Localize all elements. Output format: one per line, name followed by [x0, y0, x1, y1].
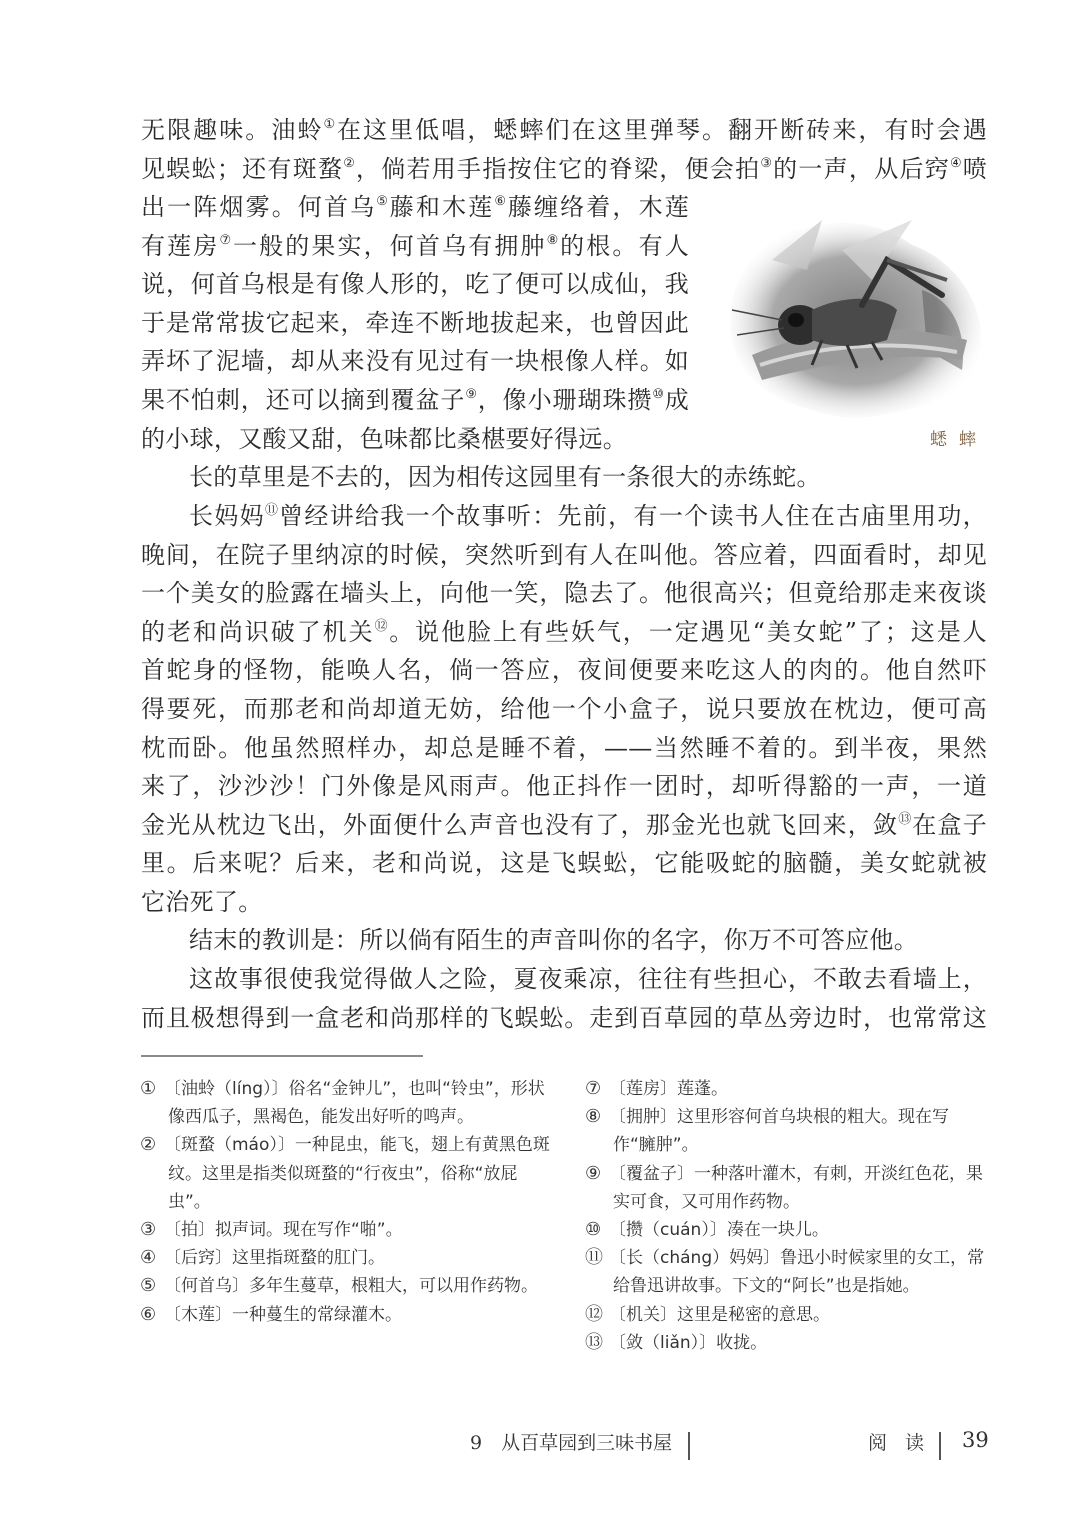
footer-section: 阅 读	[868, 1428, 930, 1455]
figure-caption: 蟋蟀	[930, 425, 988, 450]
footnote-divider	[141, 1055, 423, 1057]
paragraph-line: 结末的教训是：所以倘有陌生的声音叫你的名字，你万不可答应他。	[141, 921, 987, 960]
footnote-number: ⑧	[585, 1103, 609, 1131]
paragraph-line: 来了，沙沙沙！门外像是风雨声。他正抖作一团时，却听得豁的一声，一道	[141, 767, 987, 806]
paragraph-line: 出一阵烟雾。何首乌⑤藤和木莲⑥藤缠络着，木莲	[141, 188, 689, 227]
footnote-marker[interactable]: ⑬	[898, 812, 912, 827]
footnote-item: ②〔斑蝥（máo）〕一种昆虫，能飞，翅上有黄黑色斑纹。这里是指类似斑蝥的“行夜虫…	[140, 1131, 550, 1216]
footnote-number: ④	[140, 1244, 164, 1272]
footnote-marker[interactable]: ⑤	[376, 194, 390, 209]
footnote-text: 〔敛（liǎn）〕收拢。	[609, 1333, 767, 1353]
footnote-marker[interactable]: ⑫	[375, 619, 390, 634]
footnote-text: 〔斑蝥（máo）〕一种昆虫，能飞，翅上有黄黑色斑纹。这里是指类似斑蝥的“行夜虫”…	[164, 1135, 550, 1211]
footnote-marker[interactable]: ⑨	[465, 387, 477, 402]
paragraph-3: 长妈妈⑪曾经讲给我一个故事听：先前，有一个读书人住在古庙里用功，晚间，在院子里纳…	[141, 497, 987, 922]
footnote-marker[interactable]: ③	[760, 156, 773, 171]
footnote-marker[interactable]: ⑥	[494, 194, 508, 209]
footnote-number: ⑨	[585, 1160, 609, 1188]
paragraph-line: 而且极想得到一盒老和尚那样的飞蜈蚣。走到百草园的草丛旁边时，也常常这	[141, 999, 987, 1038]
footnote-item: ⑦〔莲房〕莲蓬。	[585, 1075, 990, 1103]
textbook-page: 无限趣味。油蛉①在这里低唱，蟋蟀们在这里弹琴。翻开断砖来，有时会遇见蜈蚣；还有斑…	[0, 0, 1080, 1526]
footnote-marker[interactable]: ⑩	[652, 387, 664, 402]
paragraph-line: 见蜈蚣；还有斑蝥②，倘若用手指按住它的脊梁，便会拍③的一声，从后窍④喷	[141, 150, 987, 189]
footnote-text: 〔拍〕拟声词。现在写作“啪”。	[164, 1220, 403, 1240]
footnote-marker[interactable]: ⑦	[219, 233, 233, 248]
footnote-text: 〔莲房〕莲蓬。	[609, 1079, 728, 1099]
paragraph-line: 这故事很使我觉得做人之险，夏夜乘凉，往往有些担心，不敢去看墙上，	[141, 960, 987, 999]
paragraph-5: 这故事很使我觉得做人之险，夏夜乘凉，往往有些担心，不敢去看墙上，而且极想得到一盒…	[141, 960, 987, 1037]
footnote-item: ⑧〔拥肿〕这里形容何首乌块根的粗大。现在写作“臃肿”。	[585, 1103, 990, 1159]
paragraph-line: 长妈妈⑪曾经讲给我一个故事听：先前，有一个读书人住在古庙里用功，	[141, 497, 987, 536]
paragraph-line: 弄坏了泥墙，却从来没有见过有一块根像人样。如	[141, 342, 689, 381]
footnote-number: ⑬	[585, 1329, 609, 1357]
paragraph-2: 长的草里是不去的，因为相传这园里有一条很大的赤练蛇。	[141, 458, 987, 497]
footnote-number: ⑤	[140, 1272, 164, 1300]
footnote-text: 〔木莲〕一种蔓生的常绿灌木。	[164, 1305, 402, 1325]
footnote-item: ⑩〔攒（cuán）〕凑在一块儿。	[585, 1216, 990, 1244]
footnote-marker[interactable]: ②	[343, 156, 356, 171]
paragraph-line: 无限趣味。油蛉①在这里低唱，蟋蟀们在这里弹琴。翻开断砖来，有时会遇	[141, 111, 987, 150]
footnote-item: ⑬〔敛（liǎn）〕收拢。	[585, 1329, 990, 1357]
paragraph-line: 得要死，而那老和尚却道无妨，给他一个小盒子，说只要放在枕边，便可高	[141, 690, 987, 729]
paragraph-line: 果不怕刺，还可以摘到覆盆子⑨，像小珊瑚珠攒⑩成	[141, 381, 689, 420]
footnote-item: ⑨〔覆盆子〕一种落叶灌木，有刺，开淡红色花，果实可食，又可用作药物。	[585, 1160, 990, 1216]
footnote-number: ⑦	[585, 1075, 609, 1103]
footnote-text: 〔拥肿〕这里形容何首乌块根的粗大。现在写作“臃肿”。	[609, 1107, 949, 1155]
paragraph-line: 它治死了。	[141, 883, 987, 922]
footnote-item: ③〔拍〕拟声词。现在写作“啪”。	[140, 1216, 550, 1244]
paragraph-line: 的小球，又酸又甜，色味都比桑椹要好得远。	[141, 420, 689, 459]
footer-divider	[688, 1432, 690, 1460]
footnote-marker[interactable]: ⑪	[265, 503, 279, 518]
footnote-item: ④〔后窍〕这里指斑蝥的肛门。	[140, 1244, 550, 1272]
paragraph-4: 结末的教训是：所以倘有陌生的声音叫你的名字，你万不可答应他。	[141, 921, 987, 960]
footnote-text: 〔攒（cuán）〕凑在一块儿。	[609, 1220, 829, 1240]
footnote-item: ⑪〔长（cháng）妈妈〕鲁迅小时候家里的女工，常给鲁迅讲故事。下文的“阿长”也…	[585, 1244, 990, 1300]
footnote-text: 〔覆盆子〕一种落叶灌木，有刺，开淡红色花，果实可食，又可用作药物。	[609, 1164, 983, 1212]
paragraph-line: 有莲房⑦一般的果实，何首乌有拥肿⑧的根。有人	[141, 227, 689, 266]
footnote-text: 〔长（cháng）妈妈〕鲁迅小时候家里的女工，常给鲁迅讲故事。下文的“阿长”也是…	[609, 1248, 984, 1296]
footnote-number: ⑩	[585, 1216, 609, 1244]
footnote-number: ②	[140, 1131, 164, 1159]
paragraph-line: 金光从枕边飞出，外面便什么声音也没有了，那金光也就飞回来，敛⑬在盒子	[141, 806, 987, 845]
footer-divider	[939, 1432, 941, 1460]
footnote-item: ⑤〔何首乌〕多年生蔓草，根粗大，可以用作药物。	[140, 1272, 550, 1300]
footnotes-right-column: ⑦〔莲房〕莲蓬。⑧〔拥肿〕这里形容何首乌块根的粗大。现在写作“臃肿”。⑨〔覆盆子…	[585, 1075, 990, 1357]
footnote-number: ⑥	[140, 1301, 164, 1329]
footnote-marker[interactable]: ⑧	[547, 233, 561, 248]
footnote-text: 〔何首乌〕多年生蔓草，根粗大，可以用作药物。	[164, 1276, 538, 1296]
footnote-number: ⑪	[585, 1244, 609, 1272]
paragraph-1-full-width: 无限趣味。油蛉①在这里低唱，蟋蟀们在这里弹琴。翻开断砖来，有时会遇见蜈蚣；还有斑…	[141, 111, 987, 188]
paragraph-line: 长的草里是不去的，因为相传这园里有一条很大的赤练蛇。	[141, 458, 987, 497]
cricket-illustration	[712, 200, 992, 430]
paragraph-line: 首蛇身的怪物，能唤人名，倘一答应，夜间便要来吃这人的肉的。他自然吓	[141, 651, 987, 690]
paragraph-line: 于是常常拔它起来，牵连不断地拔起来，也曾因此	[141, 304, 689, 343]
footer-lesson-title: 9 从百草园到三味书屋	[470, 1428, 672, 1455]
footnote-text: 〔后窍〕这里指斑蝥的肛门。	[164, 1248, 385, 1268]
footnote-text: 〔机关〕这里是秘密的意思。	[609, 1305, 830, 1325]
paragraph-line: 说，何首乌根是有像人形的，吃了便可以成仙，我	[141, 265, 689, 304]
footnote-marker[interactable]: ①	[324, 117, 337, 132]
paragraph-line: 一个美女的脸露在墙头上，向他一笑，隐去了。他很高兴；但竟给那走来夜谈	[141, 574, 987, 613]
footnote-number: ③	[140, 1216, 164, 1244]
footnote-number: ①	[140, 1075, 164, 1103]
paragraph-line: 的老和尚识破了机关⑫。说他脸上有些妖气，一定遇见“美女蛇”了；这是人	[141, 613, 987, 652]
paragraph-1-wrapped: 出一阵烟雾。何首乌⑤藤和木莲⑥藤缠络着，木莲有莲房⑦一般的果实，何首乌有拥肿⑧的…	[141, 188, 689, 458]
cricket-icon	[712, 200, 992, 430]
paragraph-line: 里。后来呢？后来，老和尚说，这是飞蜈蚣，它能吸蛇的脑髓，美女蛇就被	[141, 844, 987, 883]
page-number: 39	[962, 1428, 989, 1452]
footnote-number: ⑫	[585, 1301, 609, 1329]
paragraph-line: 晚间，在院子里纳凉的时候，突然听到有人在叫他。答应着，四面看时，却见	[141, 536, 987, 575]
paragraph-line: 枕而卧。他虽然照样办，却总是睡不着，——当然睡不着的。到半夜，果然	[141, 729, 987, 768]
footnote-text: 〔油蛉（líng）〕俗名“金钟儿”，也叫“铃虫”，形状像西瓜子，黑褐色，能发出好…	[164, 1079, 545, 1127]
footnote-marker[interactable]: ④	[950, 156, 963, 171]
footnote-item: ①〔油蛉（líng）〕俗名“金钟儿”，也叫“铃虫”，形状像西瓜子，黑褐色，能发出…	[140, 1075, 550, 1131]
footnote-item: ⑥〔木莲〕一种蔓生的常绿灌木。	[140, 1301, 550, 1329]
footnotes-left-column: ①〔油蛉（líng）〕俗名“金钟儿”，也叫“铃虫”，形状像西瓜子，黑褐色，能发出…	[140, 1075, 550, 1329]
footnote-item: ⑫〔机关〕这里是秘密的意思。	[585, 1301, 990, 1329]
